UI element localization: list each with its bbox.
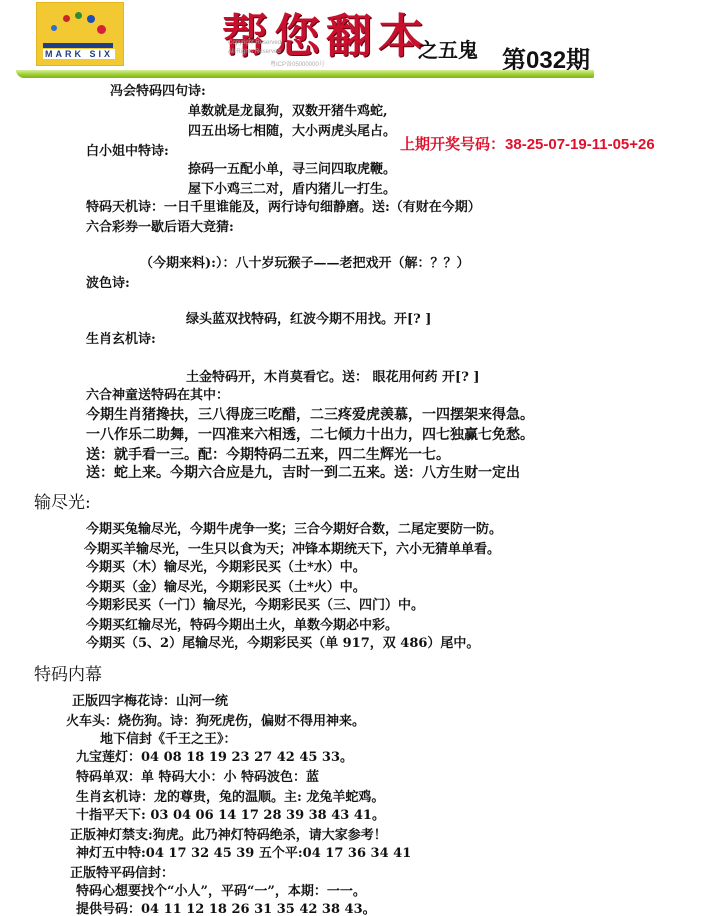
- ball-icon: [51, 25, 57, 31]
- shengxiao-poem-title: 生肖玄机诗:: [86, 328, 156, 347]
- inside-line: 火车头：烧伤狗。诗：狗死虎伤，偏财不得用神来。: [66, 710, 365, 729]
- page-subtitle: 之五鬼: [418, 34, 478, 63]
- inside-line: 十指平天下: 03 04 06 14 17 28 39 38 43 41。: [76, 804, 385, 823]
- xiehouyu-title: 六合彩券一歇后语大竞猜:: [86, 216, 234, 235]
- inside-line: 神灯五中特:04 17 32 45 39 五个平:04 17 36 34 41: [76, 842, 411, 861]
- ball-icon: [75, 12, 82, 19]
- lose-all-line: 今期买（木）输尽光，今期彩民买（土*水）中。: [86, 556, 366, 575]
- inside-line: 特码心想要找个“小人”，平码“一”，本期：一一。: [76, 880, 366, 899]
- lose-all-line: 今期买（5、2）尾输尽光，今期彩民买（单 917，双 486）尾中。: [86, 632, 479, 651]
- header-banner: MARK SIX 帮您翻本 之五鬼 Copyright Reserved All…: [0, 0, 720, 80]
- xiehouyu-line: （今期来料):）：八十岁玩猴子——老把戏开（解：？？）: [140, 252, 469, 271]
- bai-poem-line: 屋下小鸡三二对，盾内猪儿一打生。: [188, 178, 396, 197]
- shentong-line: 一八作乐二助舞，一四准来六相透，二七倾力十出力，四七独赢七免愁。: [86, 424, 534, 444]
- mark-six-logo: MARK SIX: [36, 2, 124, 66]
- lose-all-line: 今期买红输尽光，特码今期出土火，单数今期必中彩。: [86, 614, 398, 633]
- page-title: 帮您翻本: [222, 0, 430, 66]
- last-draw-label: 上期开奖号码：: [400, 136, 505, 153]
- feng-poem-title: 冯会特码四句诗:: [110, 80, 206, 99]
- ball-icon: [87, 15, 95, 23]
- inside-line: 正版特平码信封：: [70, 862, 174, 881]
- lose-all-line: 今期买（金）输尽光，今期彩民买（土*火）中。: [86, 576, 366, 595]
- feng-poem-line: 四五出场七相随，大小两虎头尾占。: [188, 120, 396, 139]
- inside-line: 特码单双：单 特码大小：小 特码波色：蓝: [76, 766, 319, 785]
- faint-icp: 粤ICP备05000000号: [270, 59, 325, 68]
- last-draw-numbers: 38-25-07-19-11-05+26: [505, 136, 655, 153]
- feng-poem-line: 单数就是龙鼠狗，双数开猪牛鸡蛇,: [188, 100, 388, 119]
- shengxiao-poem-line: 土金特码开，木肖莫看它。送： 眼花用何药 开[? ]: [186, 366, 480, 385]
- lose-all-heading: 输尽光:: [34, 488, 91, 513]
- bai-poem-line: 捺码一五配小单，寻三问四取虎鞭。: [188, 158, 396, 177]
- faint-rights: All Rights Reserved: [228, 49, 281, 55]
- ball-icon: [63, 15, 70, 22]
- logo-text: MARK SIX: [43, 49, 115, 59]
- lose-all-line: 今期买羊输尽光，一生只以食为天；冲锋本期统天下，六小无猜单单看。: [84, 538, 500, 557]
- inside-line: 提供号码：04 11 12 18 26 31 35 42 38 43。: [76, 898, 376, 916]
- lose-all-line: 今期彩民买（一门）输尽光，今期彩民买（三、四门）中。: [86, 594, 424, 613]
- ball-icon: [97, 25, 106, 34]
- shentong-line: 送：蛇上来。今期六合应是九，吉时一到二五来。送：八方生财一定出: [86, 462, 520, 482]
- shentong-title: 六合神童送特码在其中：: [86, 384, 229, 403]
- bose-poem-line: 绿头蓝双找特码，红波今期不用找。开[? ]: [186, 308, 431, 327]
- bai-poem-title: 白小姐中特诗:: [86, 140, 169, 159]
- faint-copyright: Copyright Reserved: [228, 40, 281, 46]
- inside-line: 生肖玄机诗：龙的尊贵，兔的温顺。主: 龙兔羊蛇鸡。: [76, 786, 384, 805]
- inside-line: 正版四字梅花诗：山河一统: [72, 690, 228, 709]
- inside-line: 地下信封《千王之王》：: [100, 728, 237, 747]
- inside-line: 九宝莲灯：04 08 18 19 23 27 42 45 33。: [76, 746, 353, 765]
- last-draw-result: 上期开奖号码：38-25-07-19-11-05+26: [400, 133, 655, 154]
- shentong-line: 今期生肖猪搀扶，三八得庞三吃醋，二三疼爱虎羡慕，一四摆架来得急。: [86, 404, 534, 424]
- inside-line: 正版神灯禁支:狗虎。此乃神灯特码绝杀，请大家参考！: [70, 824, 387, 843]
- inside-heading: 特码内幕: [34, 660, 102, 685]
- green-divider: [16, 70, 594, 78]
- bose-poem-title: 波色诗:: [86, 272, 130, 291]
- lose-all-line: 今期买兔输尽光，今期牛虎争一奖；三合今期好合数，二尾定要防一防。: [86, 518, 502, 537]
- tianji-poem: 特码天机诗：一日千里谁能及，两行诗句细静磨。送:（有财在今期）: [86, 196, 481, 215]
- shentong-line: 送：就手看一三。配：今期特码二五来，四二生辉光一七。: [86, 444, 450, 464]
- logo-bar: [43, 43, 113, 48]
